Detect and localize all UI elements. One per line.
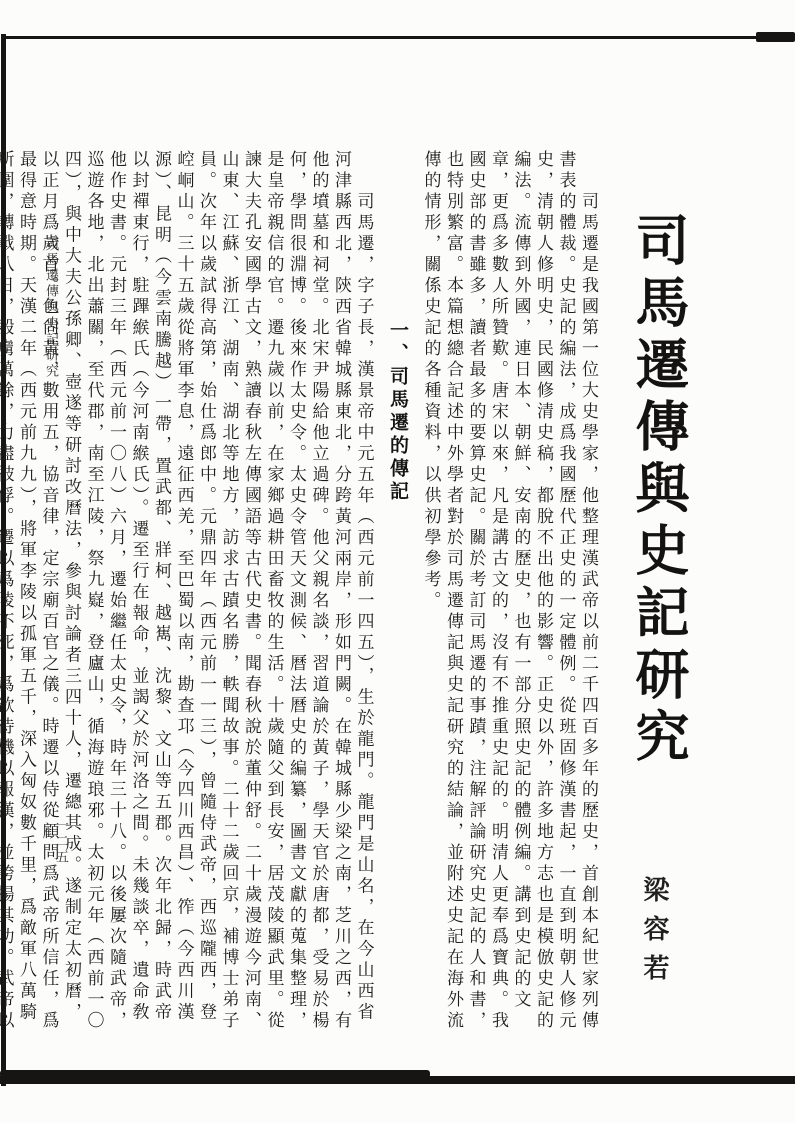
intro-paragraph: 司馬遷是我國第一位大史學家，他整理漢武帝以前二千四百多年的歷史，首創本紀世家列傳…: [419, 150, 599, 1034]
scanned-book-page: 司馬遷傳與史記研究 梁容若 司馬遷是我國第一位大史學家，他整理漢武帝以前二千四百…: [0, 0, 795, 1123]
text-block: 司馬遷是我國第一位大史學家，他整理漢武帝以前二千四百多年的歷史，首創本紀世家列傳…: [0, 150, 599, 1034]
running-header: 司馬遷傳與史記研究: [42, 236, 61, 406]
page-number: 一二五: [52, 818, 71, 878]
scan-edge-bottom: [0, 1076, 795, 1084]
author-name: 梁容若: [636, 876, 673, 1016]
scan-edge-top: [4, 36, 792, 39]
scan-edge-top-right: [756, 32, 795, 42]
article-title: 司馬遷傳與史記研究: [620, 212, 697, 792]
section-heading: 一、司馬遷的傳記: [386, 150, 409, 1034]
